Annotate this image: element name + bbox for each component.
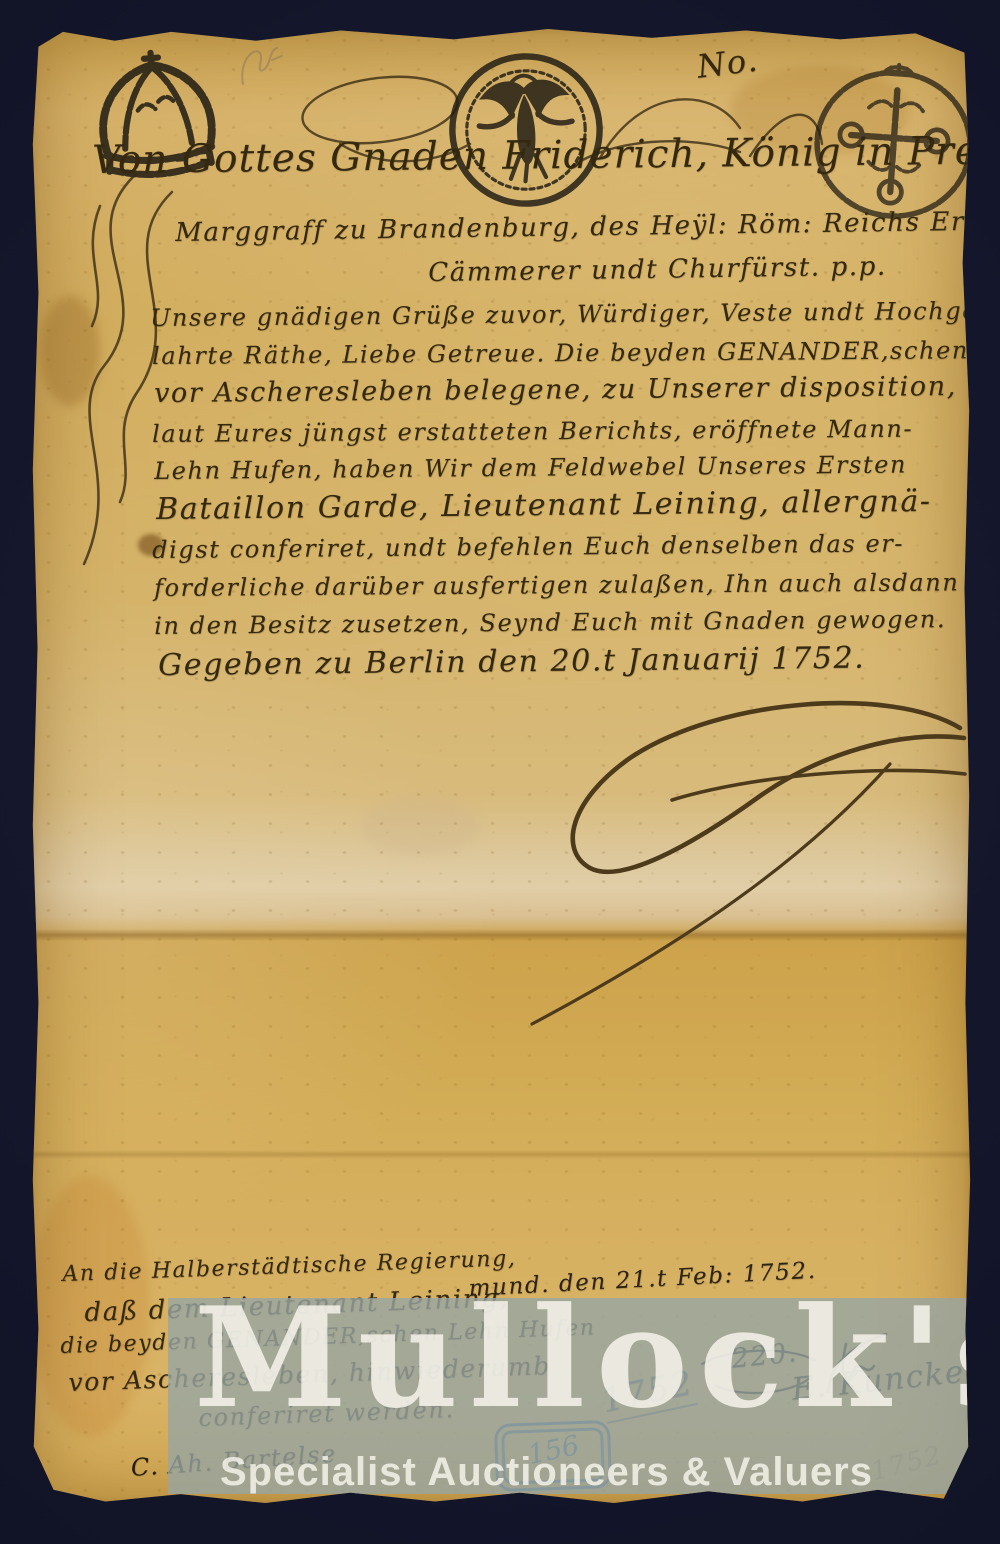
body-line: Unsere gnädigen Grüße zuvor, Würdiger, V… xyxy=(150,297,988,332)
body-line: laut Eures jüngst erstatteten Berichts, … xyxy=(152,415,913,448)
body-line: forderliche darüber ausfertigen zulaßen,… xyxy=(154,568,959,602)
blue-pencil-year: 1752 xyxy=(598,1363,698,1424)
body-line: in den Besitz zusetzen, Seynd Euch mit G… xyxy=(154,605,946,640)
letter-subheading2: Cämmerer undt Churfürst. p.p. xyxy=(428,252,887,288)
body-line: Lehn Hufen, haben Wir dem Feldwebel Unse… xyxy=(154,450,907,485)
clerk-signature: C. Ah. Bartelse xyxy=(130,1440,338,1482)
body-line: Bataillon Garde, Lieutenant Leining, all… xyxy=(156,484,932,527)
body-line: digst conferiret, undt befehlen Euch den… xyxy=(152,529,904,564)
pencil-year: 1752 xyxy=(868,1440,946,1487)
royal-signature-flourish xyxy=(420,672,980,1044)
docket-line: conferiret werden. xyxy=(198,1395,455,1432)
photo-background: No. Von Gottes Gnaden Friderich, König i xyxy=(0,0,1000,1544)
no-annotation: No. xyxy=(695,40,761,85)
docket-line: An die Halberstädtische Regierung, xyxy=(62,1246,517,1287)
blue-registry-stamp: 156 xyxy=(494,1420,612,1492)
letter-heading: Von Gottes Gnaden Friderich, König in Pr… xyxy=(92,127,1000,183)
letter-subheading: Marggraff zu Brandenburg, des Heÿl: Röm:… xyxy=(175,206,1000,248)
body-line: lahrte Räthe, Liebe Getreue. Die beyden … xyxy=(152,336,969,370)
body-line: vor Ascheresleben belegene, zu Unserer d… xyxy=(154,371,957,409)
document-paper: No. Von Gottes Gnaden Friderich, König i xyxy=(30,26,972,1506)
docket-line: vor Ascheresleben, hinwiederumb xyxy=(68,1351,551,1397)
official-signature-flourish xyxy=(770,1326,890,1416)
fold-crease xyxy=(30,1150,972,1159)
prussian-eagle-seal-icon xyxy=(434,46,618,215)
received-note: mund. den 21.t Feb: 1752. xyxy=(468,1258,817,1302)
